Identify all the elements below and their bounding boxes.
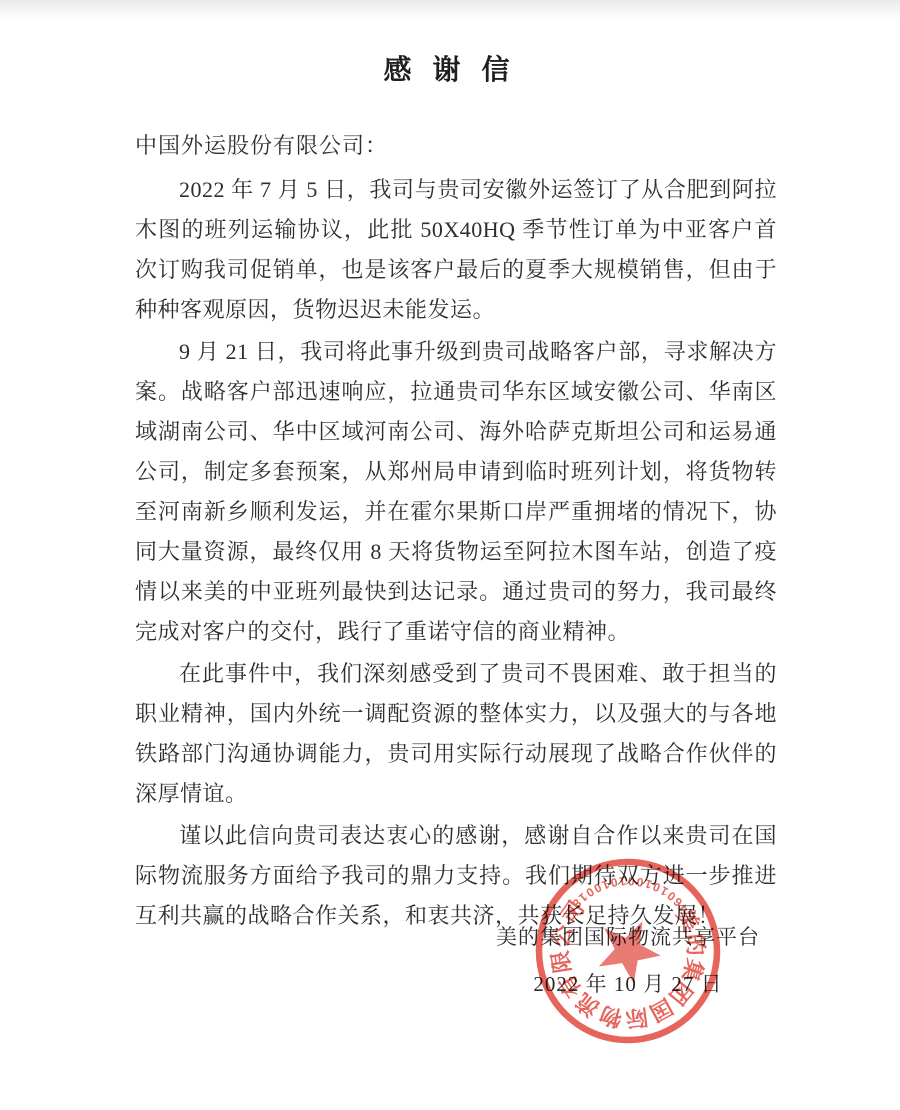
- date-line: 2022 年 10 月 27 日: [478, 961, 778, 1008]
- signature-line: 美的集团国际物流共享平台: [478, 914, 778, 961]
- signature-block: 美的集团国际物流共享平台 2022 年 10 月 27 日: [478, 914, 778, 1008]
- letter-page: 感 谢 信 中国外运股份有限公司： 2022 年 7 月 5 日，我司与贵司安徽…: [0, 0, 900, 1110]
- paragraph-2: 9 月 21 日，我司将此事升级到贵司战略客户部，寻求解决方案。战略客户部迅速响…: [135, 332, 777, 652]
- letter-title: 感 谢 信: [0, 48, 900, 88]
- scan-top-shadow: [0, 0, 900, 20]
- paragraph-3: 在此事件中，我们深刻感受到了贵司不畏困难、敢于担当的职业精神，国内外统一调配资源…: [135, 654, 777, 814]
- paragraph-1: 2022 年 7 月 5 日，我司与贵司安徽外运签订了从合肥到阿拉木图的班列运输…: [135, 170, 777, 330]
- letter-body: 2022 年 7 月 5 日，我司与贵司安徽外运签订了从合肥到阿拉木图的班列运输…: [135, 170, 777, 938]
- salutation: 中国外运股份有限公司：: [135, 129, 388, 160]
